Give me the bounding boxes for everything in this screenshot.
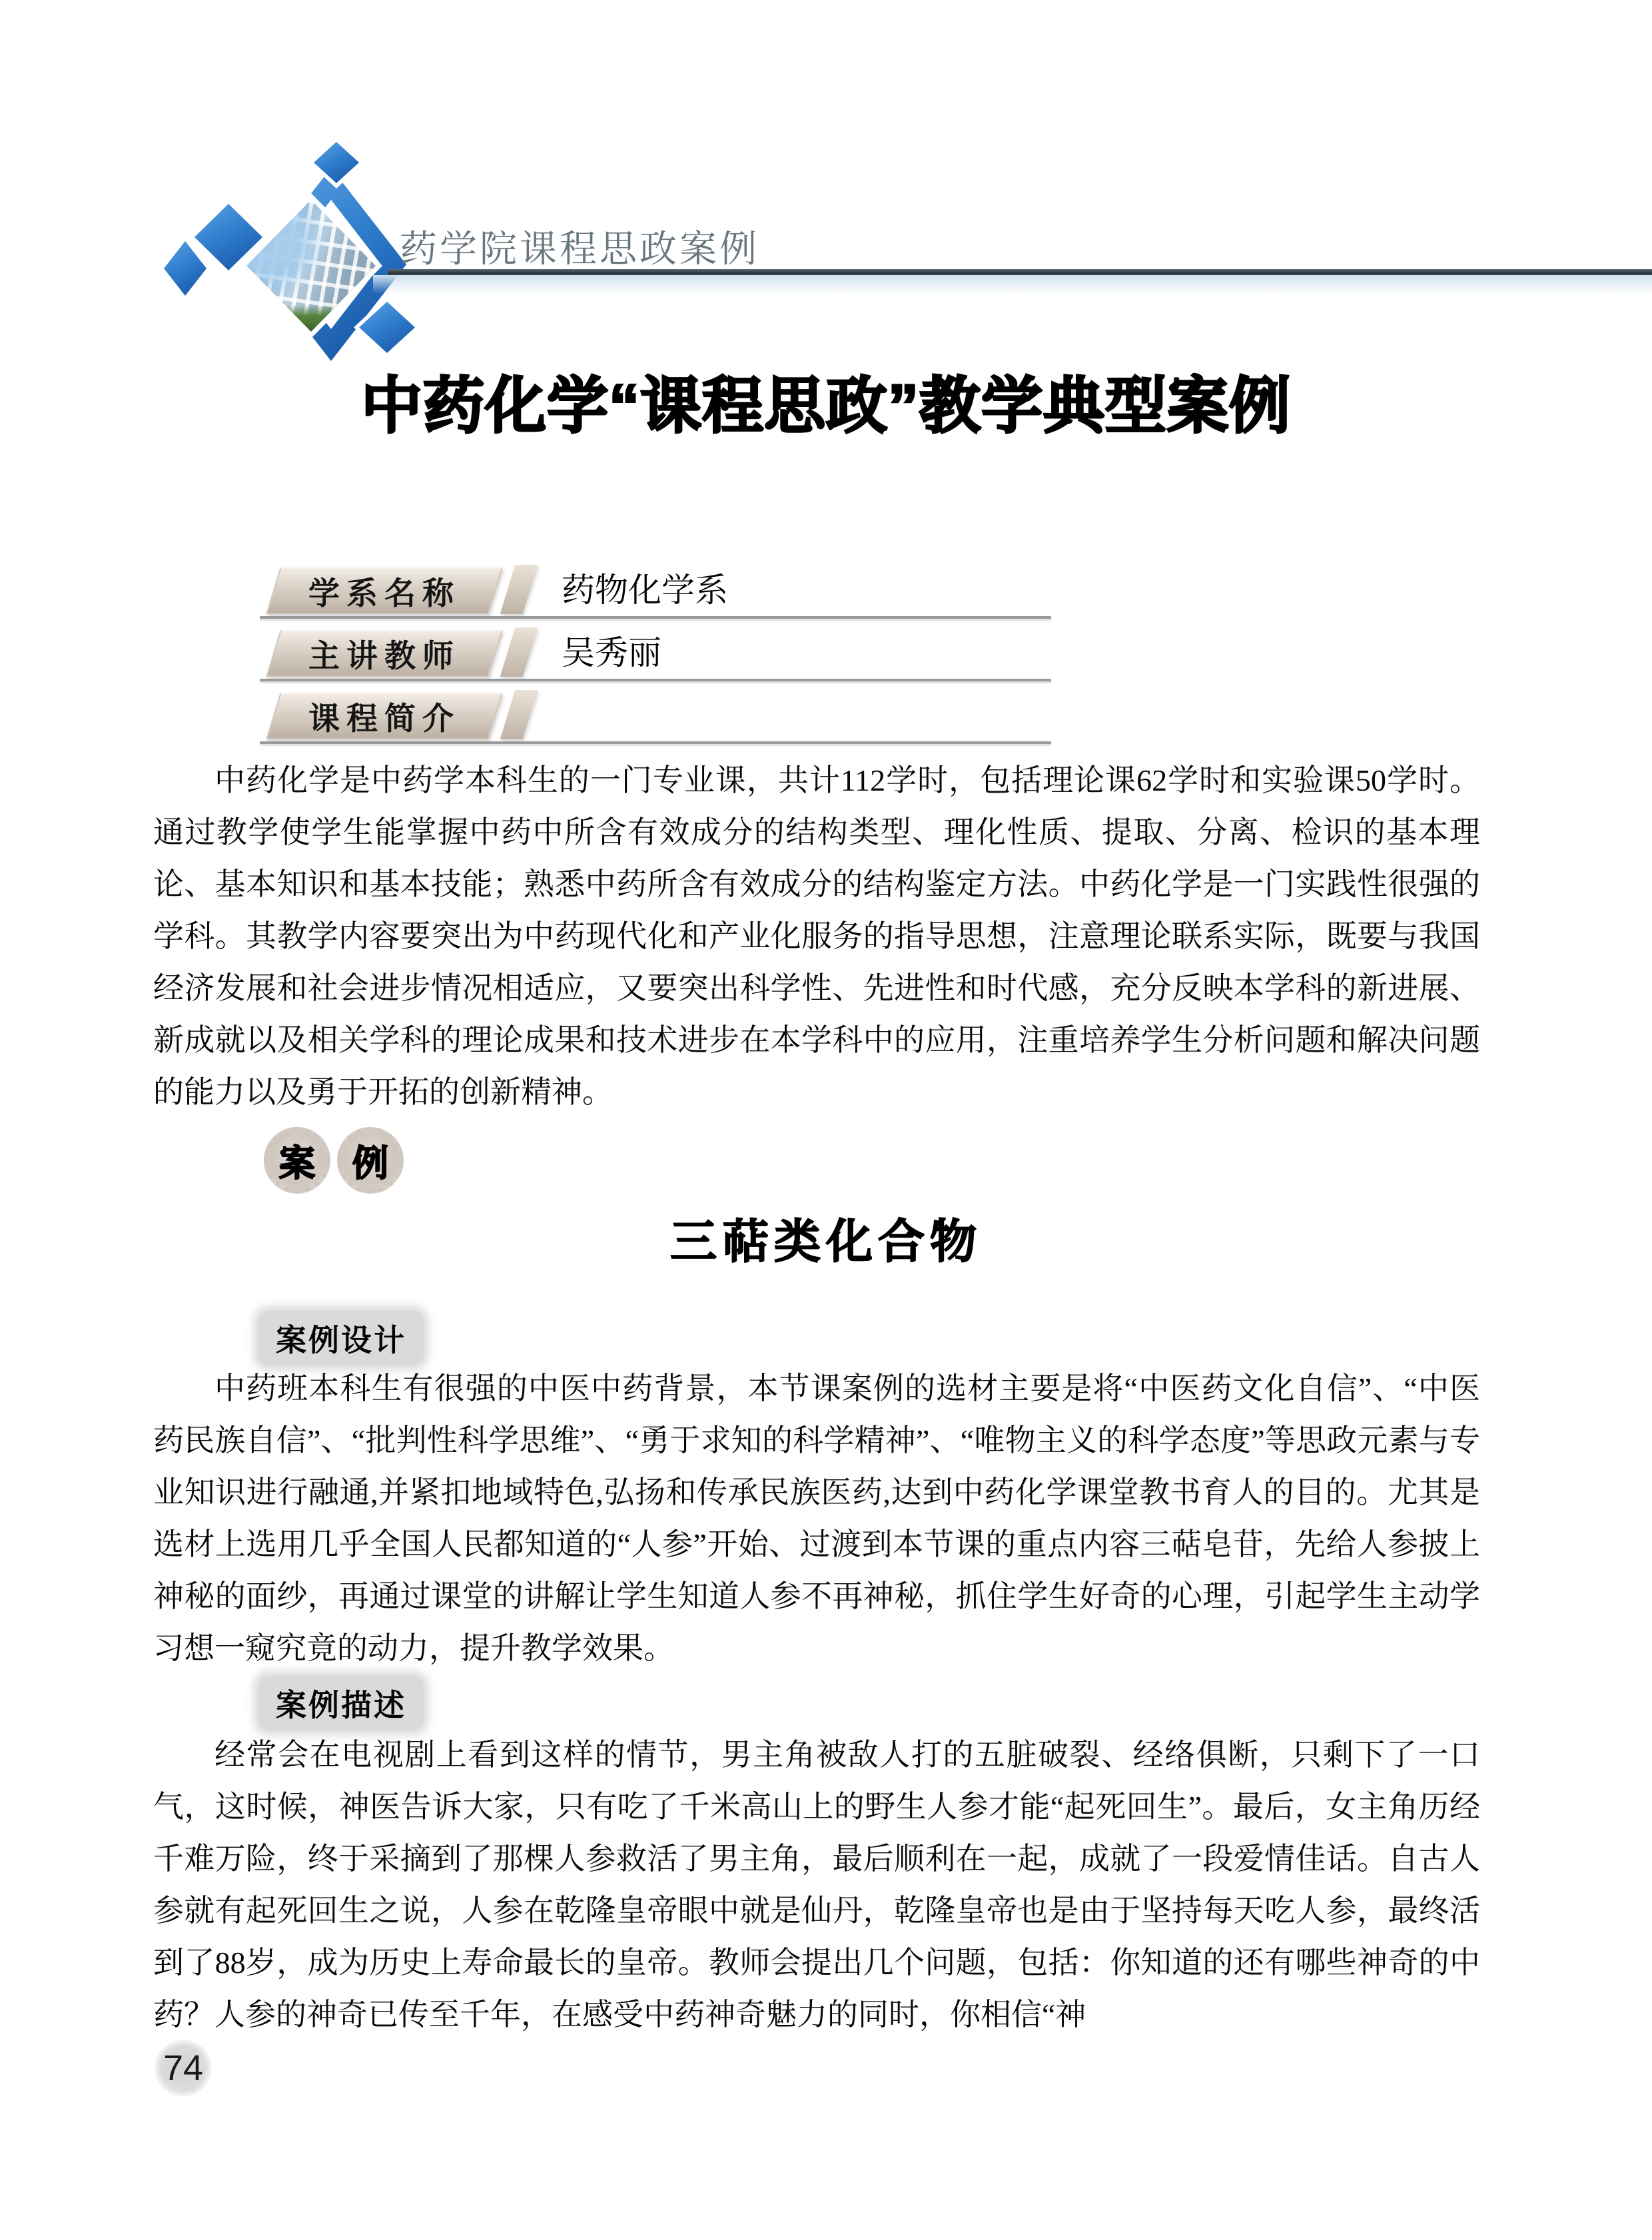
section-label-case-design: 案例设计 [258, 1311, 424, 1365]
case-badge: 案 例 [264, 1127, 404, 1194]
section-label-text: 案例设计 [276, 1323, 406, 1357]
teacher-label-box: 主讲教师 [266, 630, 502, 677]
header-rule [388, 269, 1652, 275]
department-value: 药物化学系 [562, 570, 728, 610]
page-title: 中药化学“课程思政”教学典型案例 [0, 373, 1652, 440]
logo-diamond-left [164, 241, 206, 296]
logo-building-photo [246, 200, 376, 332]
course-intro-text: 中药化学是中药学本科生的一门专业课，共计112学时，包括理论课62学时和实验课5… [153, 755, 1480, 1118]
logo-diamond-top [314, 142, 359, 183]
logo-ring-hole [281, 200, 381, 329]
logo-diamond-bottom-right-border [354, 296, 420, 358]
row-underline [260, 616, 1051, 621]
section-label-text: 案例描述 [276, 1688, 406, 1722]
gear-badge-icon: 案 [264, 1127, 330, 1194]
case-description-text: 经常会在电视剧上看到这样的情节，男主角被敌人打的五脏破裂、经络俱断，只剩下了一口… [153, 1729, 1480, 2041]
course-intro-label: 课程简介 [274, 694, 494, 738]
case-design-text: 中药班本科生有很强的中医中药背景，本节课案例的选材主要是将“中医药文化自信”、“… [153, 1363, 1480, 1675]
section-label-case-description: 案例描述 [258, 1676, 424, 1730]
slash-decoration [500, 690, 538, 739]
page-number: 74 [155, 2040, 212, 2097]
gear-badge-icon: 例 [337, 1127, 404, 1194]
department-label-box: 学系名称 [266, 567, 502, 614]
teacher-value: 吴秀丽 [562, 633, 661, 673]
logo-diamond-bottom-right [359, 302, 415, 353]
department-label: 学系名称 [274, 569, 494, 613]
logo-photo-border [240, 193, 382, 338]
header-rule-glow [373, 275, 1652, 294]
banner-title: 药学院课程思政案例 [400, 230, 759, 268]
logo-diamond-top-border [308, 137, 364, 188]
logo-diamond-upper-left [195, 204, 262, 270]
case-title: 三萜类化合物 [0, 1216, 1652, 1268]
badge-char-li: 例 [352, 1135, 388, 1186]
course-intro-label-box: 课程简介 [266, 693, 502, 739]
logo-ring-diamond [256, 168, 406, 361]
document-page: 药学院课程思政案例 中药化学“课程思政”教学典型案例 学系名称 药物化学系 主讲… [0, 0, 1652, 2240]
row-underline [260, 679, 1051, 683]
badge-char-an: 案 [279, 1135, 315, 1186]
teacher-label: 主讲教师 [274, 631, 494, 675]
slash-decoration [500, 627, 538, 677]
row-underline [260, 741, 1051, 746]
slash-decoration [500, 565, 538, 614]
